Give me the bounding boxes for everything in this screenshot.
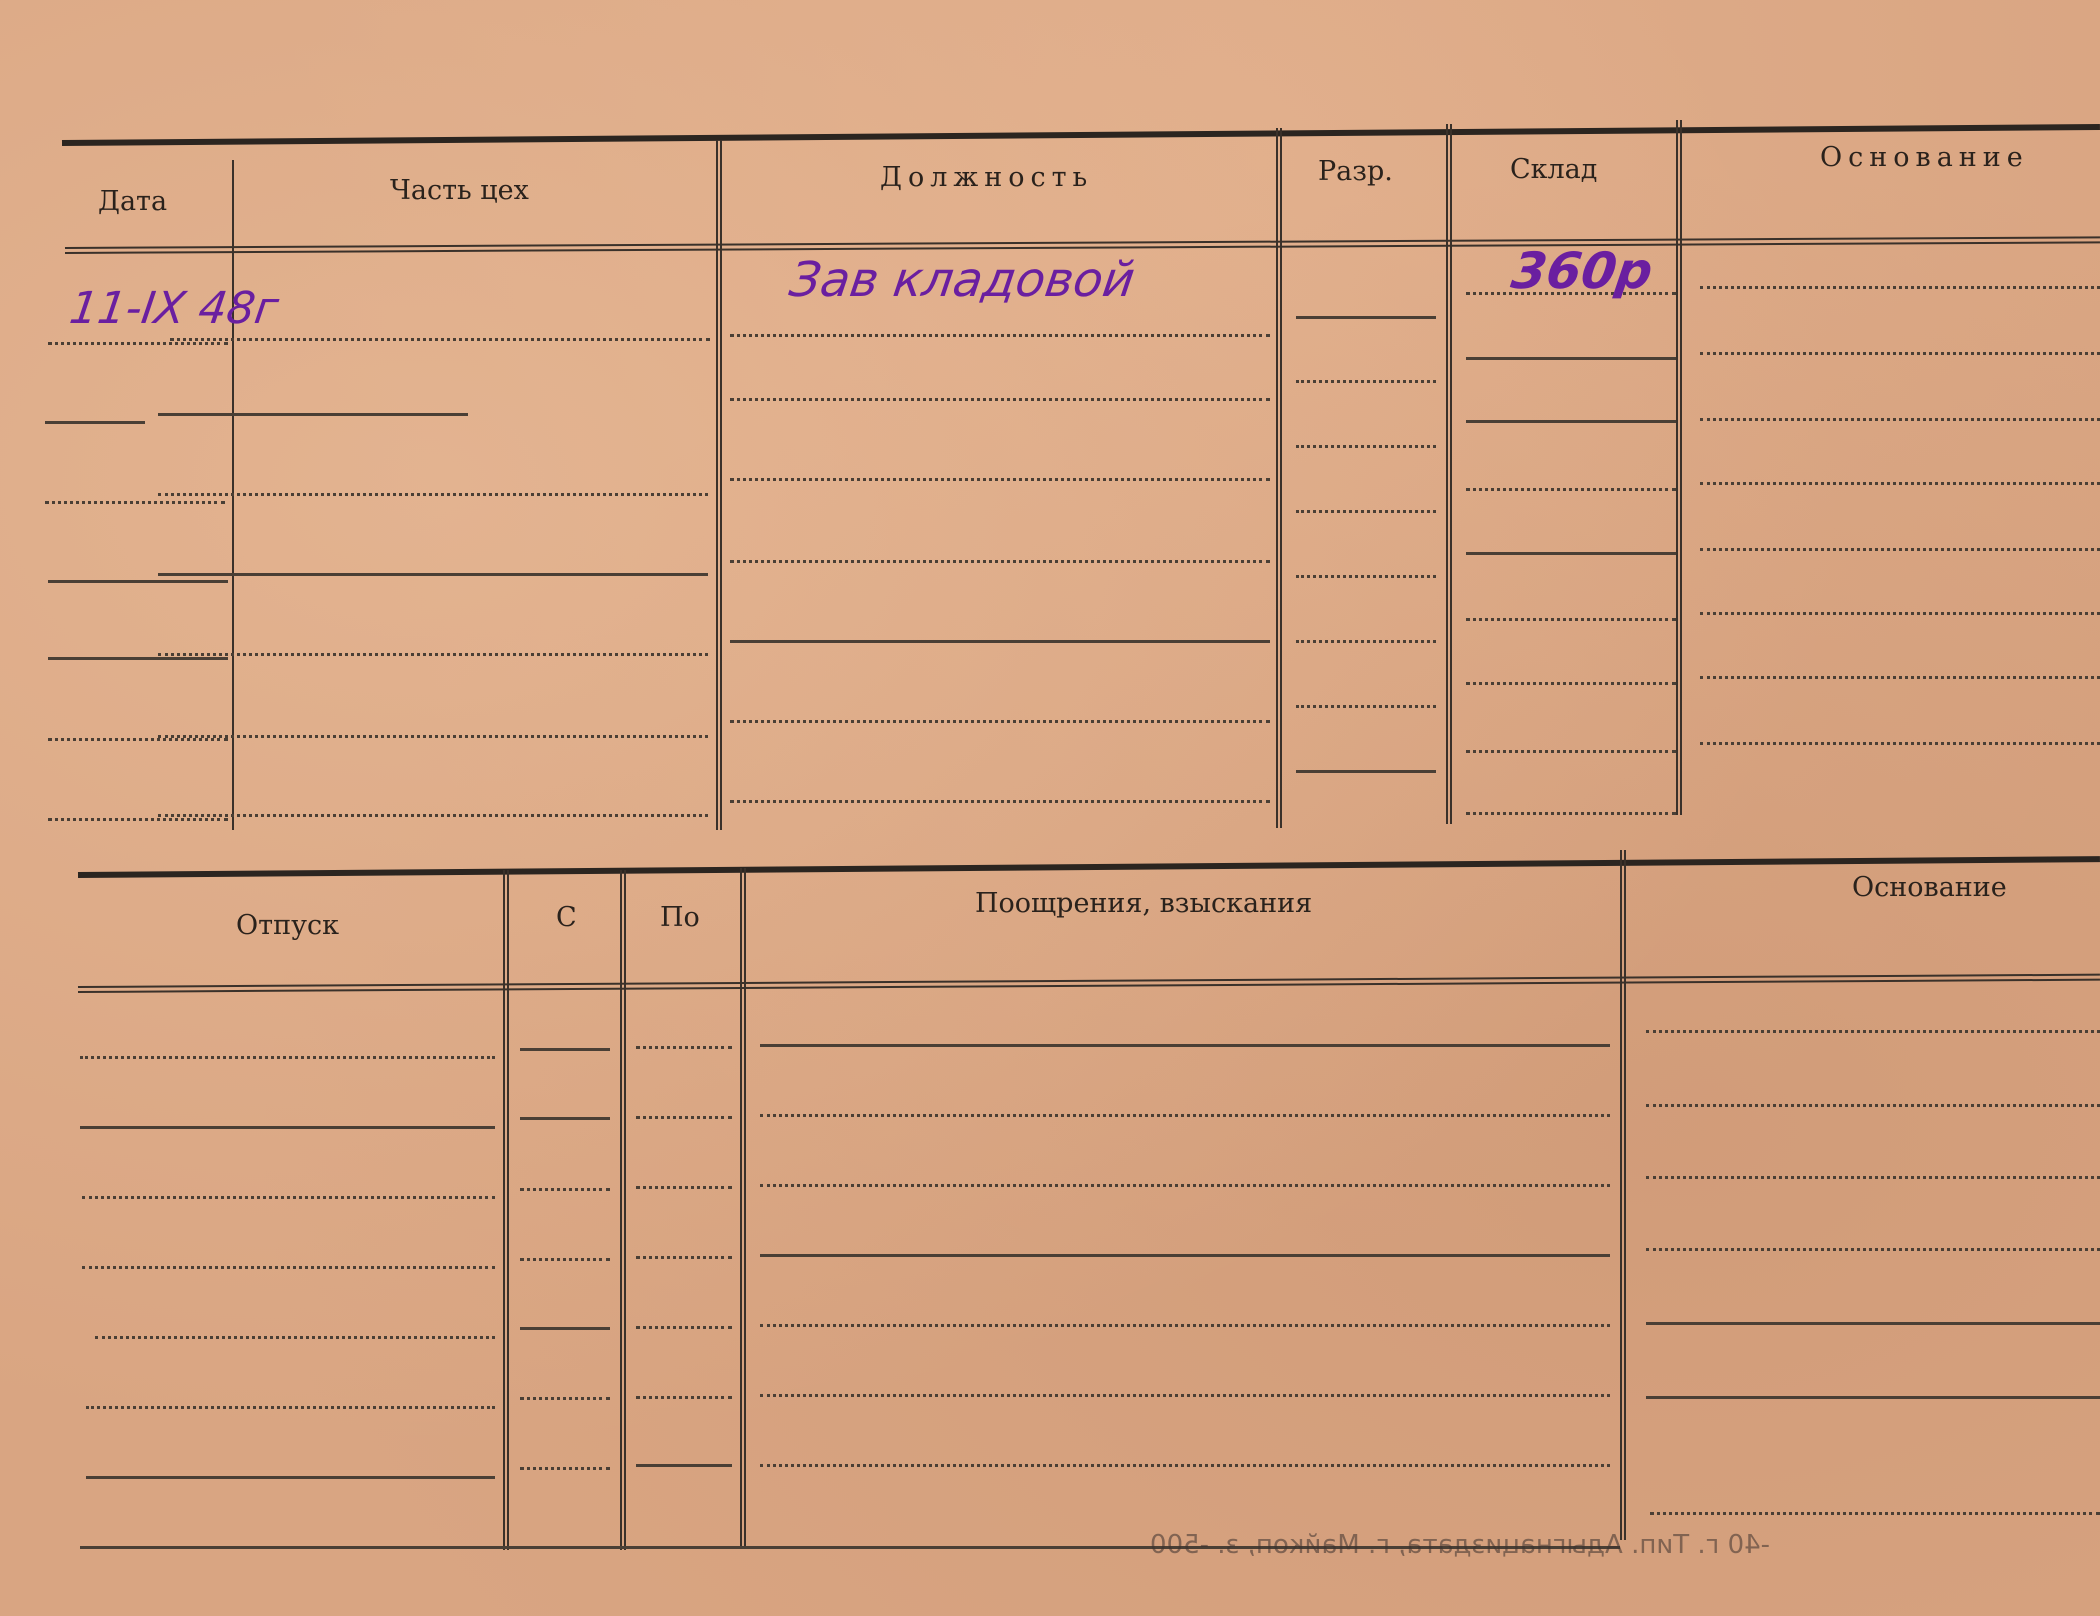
- header-rewards: Поощрения, взыскания: [975, 888, 1312, 919]
- header-salary: Склад: [1510, 154, 1597, 185]
- column-divider: [503, 870, 509, 1550]
- header-position: Должность: [880, 162, 1093, 193]
- column-divider: [620, 870, 626, 1550]
- column-divider: [1620, 850, 1626, 1540]
- header-to: По: [660, 902, 700, 933]
- column-divider: [740, 868, 746, 1548]
- header-divider: [78, 974, 2100, 993]
- header-basis: Основание: [1852, 872, 2007, 903]
- column-divider: [1446, 124, 1452, 824]
- column-divider: [1276, 128, 1282, 828]
- header-grade: Разр.: [1318, 156, 1393, 187]
- header-from: С: [556, 902, 577, 933]
- cell-salary: 360р: [1508, 242, 1656, 300]
- header-department: Часть цех: [390, 175, 529, 206]
- show-through-imprint: -40 г. Тип. Адыгнациздата, г. Майкоп, з.…: [1150, 1530, 1770, 1560]
- header-date: Дата: [98, 186, 167, 217]
- table-top-rule: [78, 856, 2100, 878]
- header-leave: Отпуск: [236, 910, 339, 941]
- cell-date: 11-IX 48г: [66, 283, 281, 334]
- table-top-rule: [62, 124, 2100, 146]
- header-basis: Основание: [1820, 142, 2029, 173]
- column-divider: [1676, 120, 1682, 815]
- column-divider: [716, 140, 722, 830]
- cell-position: Зав кладовой: [786, 252, 1138, 308]
